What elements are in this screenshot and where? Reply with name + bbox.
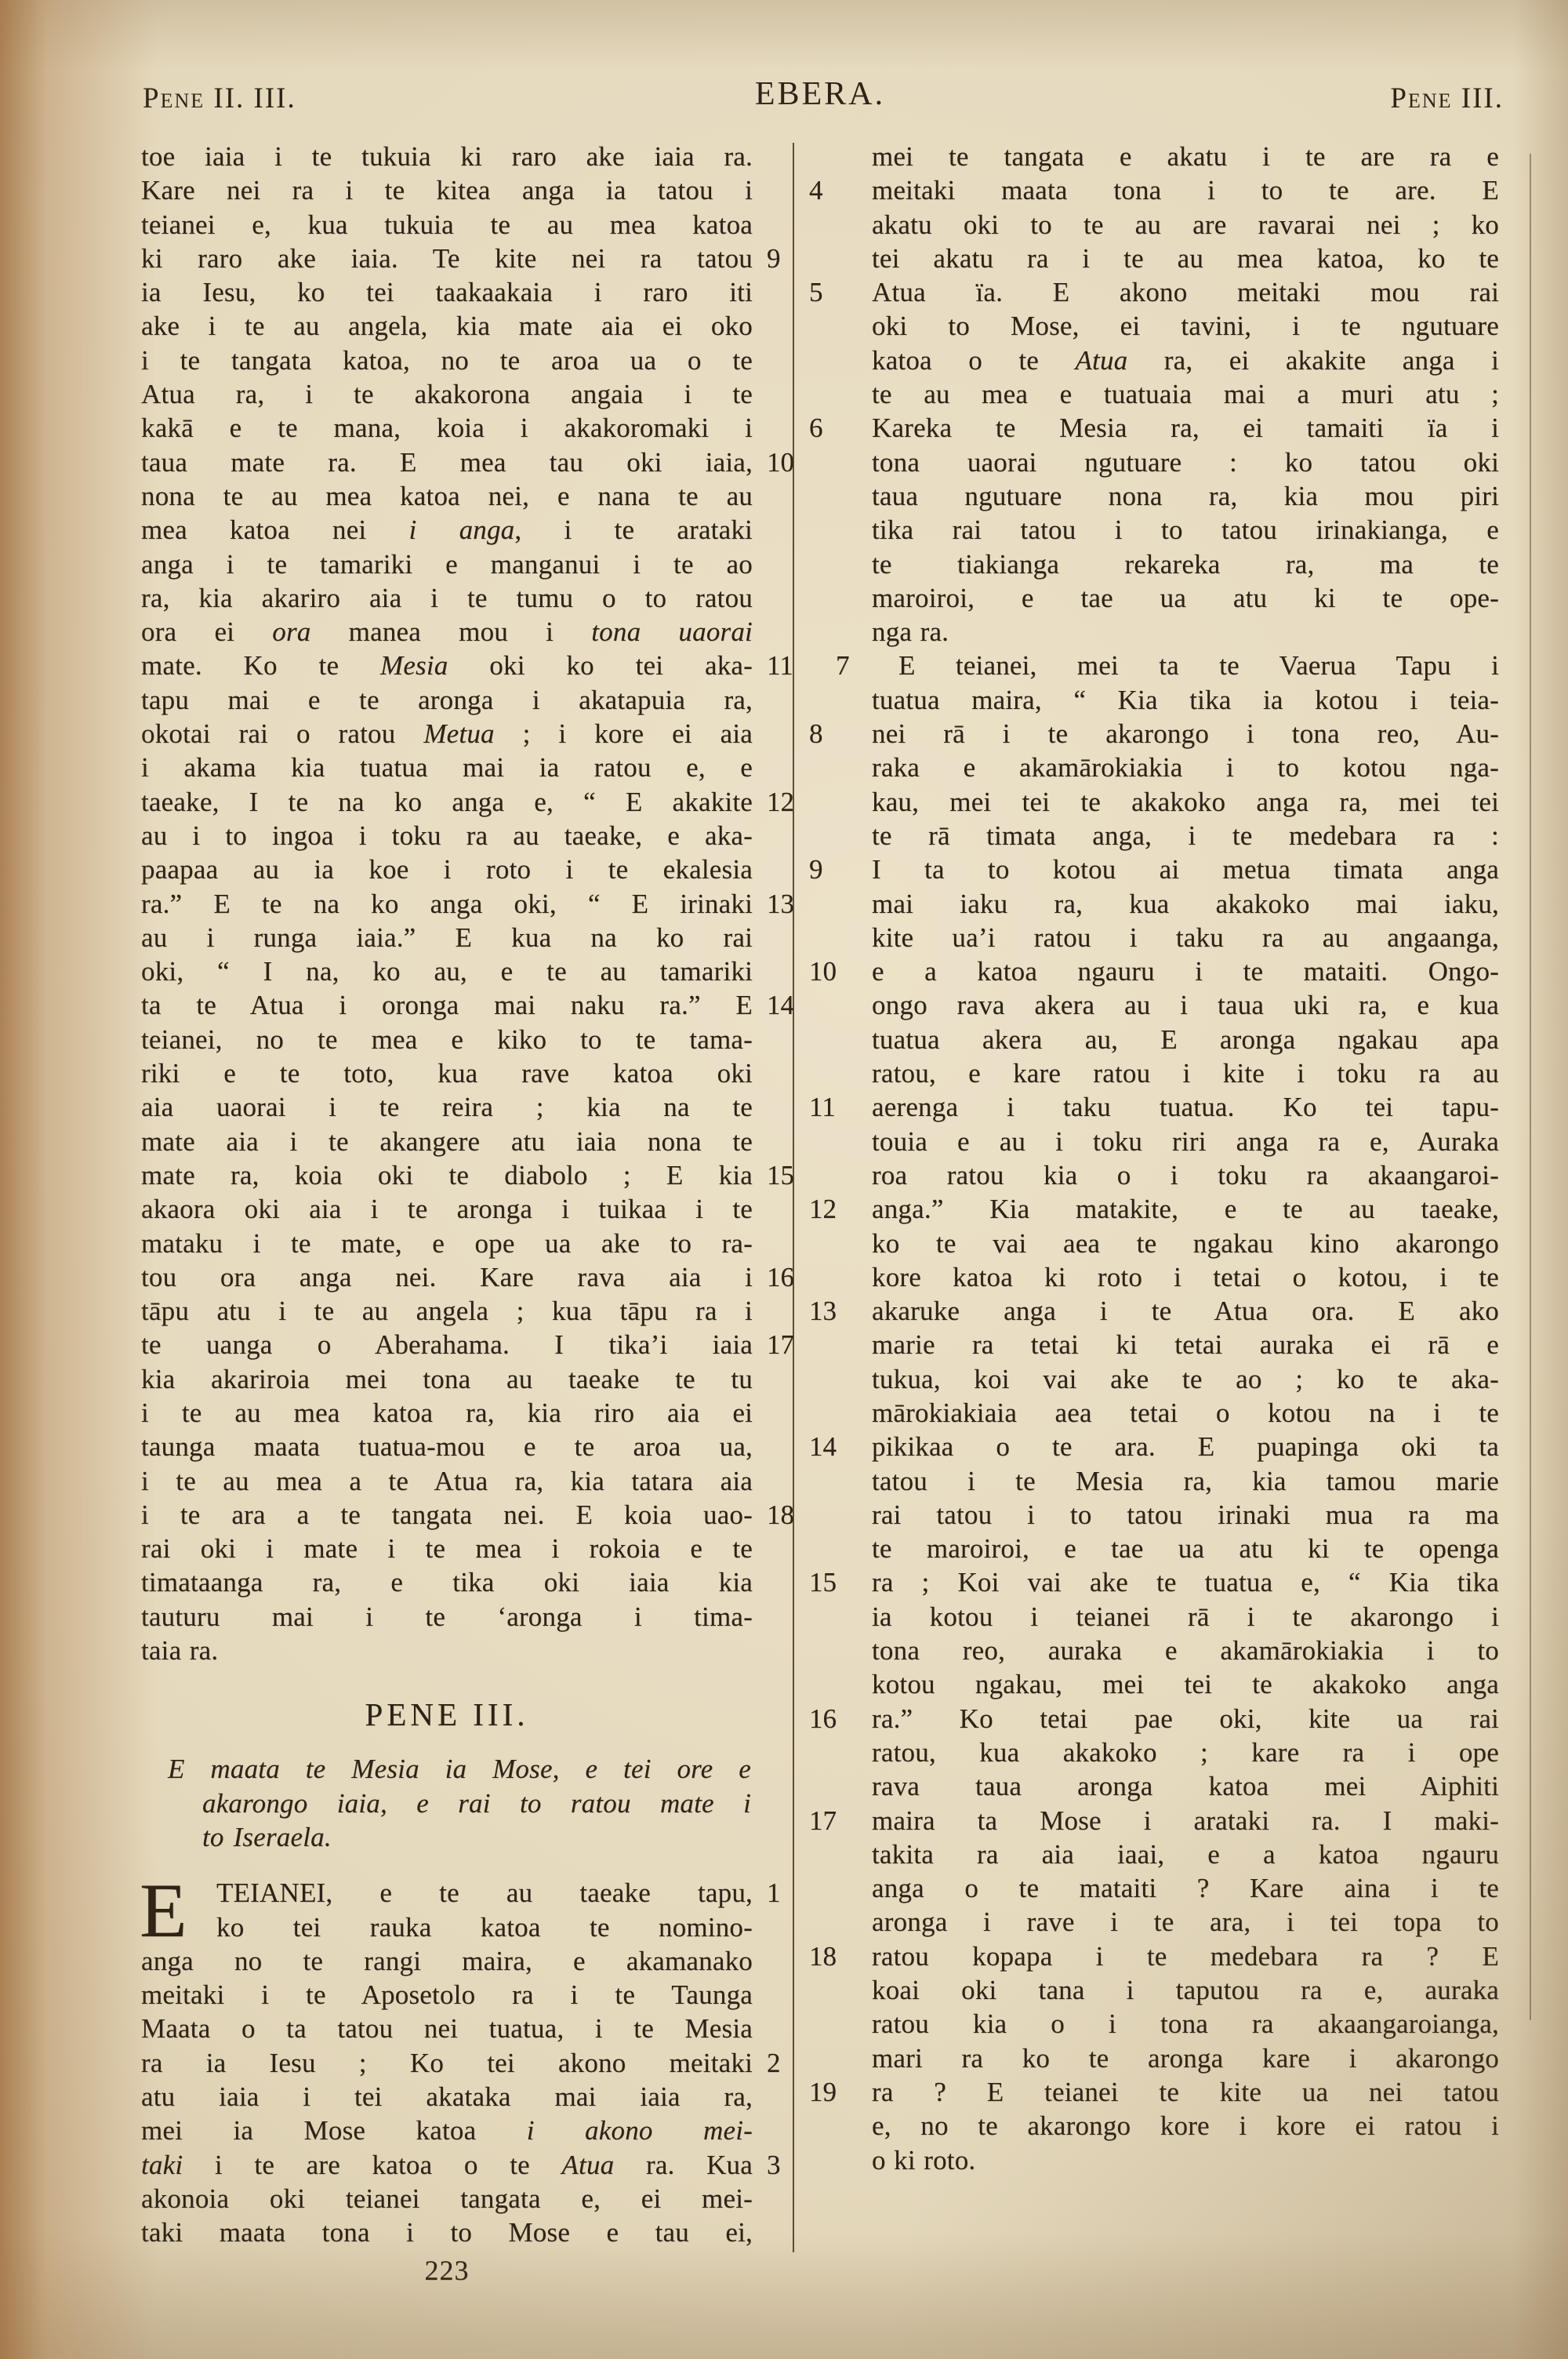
text: TEIANEI, e te au taeake tapu, (216, 1877, 753, 1908)
text-line: to Iseraela. (168, 1820, 751, 1854)
text-line: roa ratou kia o i toku ra akaangaroi- (872, 1158, 1499, 1192)
text: pikikaa o te ara. E puapinga oki ta (872, 1431, 1499, 1462)
text-line: e, no te akarongo kore i kore ei ratou i (872, 2109, 1499, 2143)
text: te tiakianga rekareka ra, ma te (872, 549, 1499, 580)
text: ra ; Koi vai ake te tuatua e, “ Kia tika (872, 1567, 1499, 1598)
running-header: Pene II. III. EBERA. Pene III. (0, 0, 1568, 125)
text-line: tika rai tatou i to tatou irinakianga, e (872, 513, 1499, 547)
text: , i te arataki (514, 514, 753, 545)
text: taia ra. (141, 1635, 218, 1666)
text-line: ko te vai aea te ngakau kino akarongo (872, 1227, 1499, 1260)
text: taua mate ra. E mea tau oki iaia, (141, 447, 753, 478)
text: anga.” Kia matakite, e te au taeake, (872, 1194, 1499, 1224)
text-line: ko tei rauka katoa te nomino- (141, 1910, 753, 1944)
italic-text: Metua (423, 718, 494, 749)
text: okotai rai o ratou (141, 718, 423, 749)
text: Atua ra, i te akakorona angaia i te (141, 379, 753, 409)
text: takita ra aia iaai, e a katoa ngauru (872, 1839, 1499, 1870)
text: tou ora anga nei. Kare rava aia i (141, 1262, 753, 1292)
text-line: o ki roto. (872, 2143, 1499, 2177)
text-line: i akama kia tuatua mai ia ratou e, e (141, 751, 753, 784)
text: raka e akamārokiakia i to kotou nga- (872, 752, 1499, 783)
text: Atua ïa. E akono meitaki mou rai (872, 277, 1499, 307)
text: taunga maata tuatua-mou e te aroa ua, (141, 1431, 753, 1462)
verse-number: 3 (767, 2148, 823, 2182)
verse-number: 12 (809, 1192, 859, 1226)
text: ratou kia o i tona ra akaangaroianga, (872, 2008, 1499, 2039)
text-line: tona uaorai ngutuare : ko tatou oki (872, 445, 1499, 479)
text: i te are katoa o te (183, 2150, 561, 2180)
running-head-right: Pene III. (1366, 82, 1504, 115)
text-line: mari ra ko te aronga kare i akarongo (872, 2041, 1499, 2075)
verse-number: 5 (809, 275, 859, 309)
text-line: touia e au i toku riri anga ra e, Auraka (872, 1125, 1499, 1158)
chapter-summary: E maata te Mesia ia Mose, e tei ore eaka… (168, 1752, 751, 1854)
text: tāpu atu i te au angela ; kua tāpu ra i (141, 1296, 753, 1326)
text-line: rai oki i mate i te mea i rokoia e te (141, 1532, 753, 1565)
text: ora ei (141, 616, 272, 647)
text-line: ra ; Koi vai ake te tuatua e, “ Kia tika… (872, 1565, 1499, 1599)
text: rai oki i mate i te mea i rokoia e te (141, 1533, 753, 1564)
text-line: tukua, koi vai ake te ao ; ko te aka- (872, 1362, 1499, 1396)
text-line: rava taua aronga katoa mei Aiphiti (872, 1769, 1499, 1803)
text-line: takita ra aia iaai, e a katoa ngauru (872, 1837, 1499, 1871)
text-line: tuatua akera au, E aronga ngakau apa (872, 1023, 1499, 1056)
text: taua ngutuare nona ra, kia mou piri (872, 481, 1499, 511)
text-line: atu iaia i tei akataka mai iaia ra, (141, 2080, 753, 2114)
italic-text: Atua (561, 2150, 614, 2180)
text: mataku i te mate, e ope ua ake to ra- (141, 1228, 753, 1259)
verse-number: 15 (767, 1158, 823, 1192)
text-line: akaora oki aia i te aronga i tuikaa i te (141, 1192, 753, 1226)
text: riki e te toto, kua rave katoa oki (141, 1058, 753, 1089)
text: nga ra. (872, 616, 949, 647)
text: kotou ngakau, mei tei te akakoko anga (872, 1669, 1499, 1699)
text-line: maira ta Mose i arataki ra. I maki-17 (872, 1804, 1499, 1837)
verse-number: 13 (767, 887, 823, 921)
text: taeake, I te na ko anga e, “ E akakite (141, 787, 753, 817)
text: E maata te Mesia ia Mose, e tei ore e (168, 1754, 751, 1784)
text-line: rai tatou i to tatou irinaki mua ra ma (872, 1498, 1499, 1532)
text: ra. Kua (614, 2150, 753, 2180)
right-column: mei te tangata e akatu i te are ra emeit… (872, 140, 1499, 2177)
text: teianei, no te mea e kiko to te tama- (141, 1024, 753, 1055)
text-line: ratou, kua akakoko ; kare ra i ope (872, 1736, 1499, 1769)
text-line: ongo rava akera au i taua uki ra, e kua (872, 988, 1499, 1022)
italic-text: taki (141, 2150, 183, 2180)
text: ratou, e kare ratou i kite i toku ra au (872, 1058, 1499, 1089)
text: mea katoa nei (141, 514, 409, 545)
text-line: Atua ïa. E akono meitaki mou rai5 (872, 275, 1499, 309)
text: ra, kia akariro aia i te tumu o to ratou (141, 583, 753, 613)
text: te maroiroi, e tae ua atu ki te openga (872, 1533, 1499, 1564)
text-line: okotai rai o ratou Metua ; i kore ei aia (141, 717, 753, 751)
text: anga o te mataiti ? Kare aina i te (872, 1873, 1499, 1903)
text: te rā timata anga, i te medebara ra : (872, 820, 1499, 851)
text: tukua, koi vai ake te ao ; ko te aka- (872, 1364, 1499, 1394)
left-column-text: toe iaia i te tukuia ki raro ake iaia ra… (141, 140, 753, 1667)
text: E teianei, mei ta te Vaerua Tapu i (898, 650, 1499, 681)
verse-number: 18 (809, 1939, 859, 1973)
text-line: i te ara a te tangata nei. E koia uao-18 (141, 1498, 753, 1532)
text: to Iseraela. (202, 1822, 332, 1852)
text-line: kore katoa ki roto i tetai o kotou, i te (872, 1260, 1499, 1294)
text: tona reo, auraka e akamārokiakia i to (872, 1635, 1499, 1666)
text: nona te au mea katoa nei, e nana te au (141, 481, 753, 511)
verse-number: 19 (809, 2075, 859, 2109)
text-line: mate. Ko te Mesia oki ko tei aka-11 (141, 649, 753, 682)
text: ongo rava akera au i taua uki ra, e kua (872, 990, 1499, 1020)
text: ratou kopapa i te medebara ra ? E (872, 1941, 1499, 1972)
text: tatou i te Mesia ra, kia tamou marie (872, 1466, 1499, 1496)
text: i te au mea a te Atua ra, kia tatara aia (141, 1466, 753, 1496)
text: akatu oki to te au are ravarai nei ; ko (872, 209, 1499, 240)
text: mari ra ko te aronga kare i akarongo (872, 2043, 1499, 2074)
text-line: tuatua maira, “ Kia tika ia kotou i teia… (872, 683, 1499, 717)
text-line: anga no te rangi maira, e akamanako (141, 1944, 753, 1978)
italic-text: tona uaorai (591, 616, 753, 647)
text: ko te vai aea te ngakau kino akarongo (872, 1228, 1499, 1259)
text-line: ta te Atua i oronga mai naku ra.” E14 (141, 988, 753, 1022)
text-line: ra, kia akariro aia i te tumu o to ratou (141, 581, 753, 615)
text: Maata o ta tatou nei tuatua, i te Mesia (141, 2013, 753, 2044)
text: e, no te akarongo kore i kore ei ratou i (872, 2110, 1499, 2141)
text-line: kite ua’i ratou i taku ra au angaanga, (872, 921, 1499, 954)
text: ta te Atua i oronga mai naku ra.” E (141, 990, 753, 1020)
text-line: akaruke anga i te Atua ora. E ako13 (872, 1294, 1499, 1328)
text: mārokiakiaia aea tetai o kotou na i te (872, 1398, 1499, 1428)
text-line: E teianei, mei ta te Vaerua Tapu i7 (872, 649, 1499, 682)
chapter-heading: PENE III. (141, 1696, 753, 1733)
text-line: mataku i te mate, e ope ua ake to ra- (141, 1227, 753, 1260)
text: rai tatou i to tatou irinaki mua ra ma (872, 1499, 1499, 1530)
text: touia e au i toku riri anga ra e, Auraka (872, 1126, 1499, 1157)
text: marie ra tetai ki tetai auraka ei rā e (872, 1329, 1499, 1360)
verse-number: 10 (767, 445, 823, 479)
verse-number: 7 (809, 649, 859, 682)
verse-number: 14 (767, 988, 823, 1022)
left-column: toe iaia i te tukuia ki raro ake iaia ra… (141, 140, 753, 2250)
text-line: ratou, e kare ratou i kite i toku ra au (872, 1056, 1499, 1090)
italic-text: Mesia (380, 650, 448, 681)
text: mei te tangata e akatu i te are ra e (872, 141, 1499, 172)
text: mate ra, koia oki te diabolo ; E kia (141, 1160, 753, 1190)
text-line: mei te tangata e akatu i te are ra e (872, 140, 1499, 173)
text-line: E maata te Mesia ia Mose, e tei ore e (168, 1752, 751, 1786)
text-line: au i to ingoa i toku ra au taeake, e aka… (141, 819, 753, 852)
verse-number: 11 (809, 1090, 859, 1124)
text-line: ia Iesu, ko tei taakaakaia i raro iti (141, 275, 753, 309)
text-line: tāpu atu i te au angela ; kua tāpu ra i (141, 1294, 753, 1328)
text-line: tona reo, auraka e akamārokiakia i to (872, 1634, 1499, 1667)
chapter-opening-lines: TEIANEI, e te au taeake tapu,1ko tei rau… (141, 1876, 753, 2249)
text: mai iaku ra, kua akakoko mai iaku, (872, 889, 1499, 919)
text-line: nga ra. (872, 615, 1499, 649)
text: tei akatu ra i te au mea katoa, ko te (872, 243, 1499, 274)
text-line: aronga i rave i te ara, i tei topa to (872, 1905, 1499, 1939)
text: ko tei rauka katoa te nomino- (216, 1912, 753, 1943)
text-line: toe iaia i te tukuia ki raro ake iaia ra… (141, 140, 753, 173)
text: maira ta Mose i arataki ra. I maki- (872, 1805, 1499, 1836)
text-line: te au mea e tuatuaia mai a muri atu ; (872, 377, 1499, 411)
verse-number: 18 (767, 1498, 823, 1532)
text: i akama kia tuatua mai ia ratou e, e (141, 752, 753, 783)
text: akaora oki aia i te aronga i tuikaa i te (141, 1194, 753, 1224)
text-line: nei rā i te akarongo i tona reo, Au-8 (872, 717, 1499, 751)
text-line: kia akariroia mei tona au taeake te tu (141, 1362, 753, 1396)
text: meitaki maata tona i to te are. E (872, 175, 1499, 205)
text-line: ra ia Iesu ; Ko tei akono meitaki2 (141, 2046, 753, 2080)
text: kite ua’i ratou i taku ra au angaanga, (872, 922, 1499, 953)
text-line: akarongo iaia, e rai to ratou mate i (168, 1787, 751, 1820)
text: tuatua maira, “ Kia tika ia kotou i teia… (872, 685, 1499, 715)
text: roa ratou kia o i toku ra akaangaroi- (872, 1160, 1499, 1190)
text: kakā e te mana, koia i akakoromaki i (141, 413, 753, 443)
verse-number: 13 (809, 1294, 859, 1328)
text-line: Atua ra, i te akakorona angaia i te (141, 377, 753, 411)
text: ki raro ake iaia. Te kite nei ra tatou (141, 243, 753, 274)
text: nei rā i te akarongo i tona reo, Au- (872, 718, 1499, 749)
text-line: taua ngutuare nona ra, kia mou piri (872, 479, 1499, 513)
text: atu iaia i tei akataka mai iaia ra, (141, 2081, 753, 2112)
text-line: anga.” Kia matakite, e te au taeake,12 (872, 1192, 1499, 1226)
text: ra ? E teianei te kite ua nei tatou (872, 2077, 1499, 2107)
text-line: i te au mea a te Atua ra, kia tatara aia (141, 1464, 753, 1498)
text-line: tapu mai e te aronga i akatapuia ra, (141, 683, 753, 717)
text-line: kotou ngakau, mei tei te akakoko anga (872, 1667, 1499, 1701)
text-line: kau, mei tei te akakoko anga ra, mei tei (872, 785, 1499, 819)
text-line: te maroiroi, e tae ua atu ki te openga (872, 1532, 1499, 1565)
text-line: ora ei ora manea mou i tona uaorai (141, 615, 753, 649)
text-line: ra.” E te na ko anga oki, “ E irinaki13 (141, 887, 753, 921)
italic-text: ora (272, 616, 310, 647)
text-line: tatou i te Mesia ra, kia tamou marie (872, 1464, 1499, 1498)
text-line: Maata o ta tatou nei tuatua, i te Mesia (141, 2012, 753, 2045)
text-line: tauturu mai i te ‘aronga i tima- (141, 1600, 753, 1634)
text-line: taeake, I te na ko anga e, “ E akakite12 (141, 785, 753, 819)
text: rava taua aronga katoa mei Aiphiti (872, 1771, 1499, 1801)
text-line: mate aia i te akangere atu iaia nona te (141, 1125, 753, 1158)
text-line: ia kotou i teianei rā i te akarongo i (872, 1600, 1499, 1634)
text-line: ake i te au angela, kia mate aia ei oko (141, 309, 753, 343)
text: ; i kore ei aia (495, 718, 753, 749)
text: au i runga iaia.” E kua na ko rai (141, 922, 753, 953)
text-line: riki e te toto, kua rave katoa oki (141, 1056, 753, 1090)
text-line: meitaki i te Aposetolo ra i te Taunga (141, 1978, 753, 2012)
text: i te au mea katoa ra, kia riro aia ei (141, 1398, 753, 1428)
text: anga i te tamariki e manganui i te ao (141, 549, 753, 580)
verse-number: 16 (767, 1260, 823, 1294)
text: ra ia Iesu ; Ko tei akono meitaki (141, 2048, 753, 2078)
verse-number: 6 (809, 411, 859, 445)
text: manea mou i (311, 616, 592, 647)
text: ratou, kua akakoko ; kare ra i ope (872, 1737, 1499, 1768)
verse-number: 17 (767, 1328, 823, 1361)
italic-text: Atua (1075, 345, 1127, 376)
text-line: e a katoa ngauru i te mataiti. Ongo-10 (872, 954, 1499, 988)
text-line: raka e akamārokiakia i to kotou nga- (872, 751, 1499, 784)
text-line: taki maata tona i to Mose e tau ei, (141, 2215, 753, 2249)
text: I ta to kotou ai metua timata anga (872, 854, 1499, 885)
text: ra, ei akakite anga i (1127, 345, 1499, 376)
text-line: ra.” Ko tetai pae oki, kite ua rai16 (872, 1702, 1499, 1736)
verse-number: 8 (809, 717, 859, 751)
text-line: teianei e, kua tukuia te au mea katoa (141, 208, 753, 242)
verse-number: 10 (809, 954, 859, 988)
text: toe iaia i te tukuia ki raro ake iaia ra… (141, 141, 753, 172)
text-line: tei akatu ra i te au mea katoa, ko te (872, 242, 1499, 275)
text: katoa o te (872, 345, 1075, 376)
text: akarongo iaia, e rai to ratou mate i (202, 1788, 751, 1819)
text: timataanga ra, e tika oki iaia kia (141, 1567, 753, 1598)
text: taki maata tona i to Mose e tau ei, (141, 2217, 753, 2248)
text-line: au i runga iaia.” E kua na ko rai (141, 921, 753, 954)
text-line: kakā e te mana, koia i akakoromaki i (141, 411, 753, 445)
text-line: teianei, no te mea e kiko to te tama- (141, 1023, 753, 1056)
text-line: te tiakianga rekareka ra, ma te (872, 547, 1499, 581)
text-line: timataanga ra, e tika oki iaia kia (141, 1565, 753, 1599)
text-line: i te au mea katoa ra, kia riro aia ei (141, 1396, 753, 1430)
text-line: oki, “ I na, ko au, e te au tamariki (141, 954, 753, 988)
text-line: te rā timata anga, i te medebara ra : (872, 819, 1499, 852)
page-number: 223 (141, 2254, 753, 2287)
italic-text: i anga (409, 514, 515, 545)
text-line: I ta to kotou ai metua timata anga9 (872, 852, 1499, 886)
text: Kareka te Mesia ra, ei tamaiti ïa i (872, 413, 1499, 443)
text-line: aia uaorai i te reira ; kia na te (141, 1090, 753, 1124)
text-line: i te tangata katoa, no te aroa ua o te (141, 343, 753, 377)
text-line: akonoia oki teianei tangata e, ei mei- (141, 2182, 753, 2215)
right-column-text: mei te tangata e akatu i te are ra emeit… (872, 140, 1499, 2177)
text-line: mārokiakiaia aea tetai o kotou na i te (872, 1396, 1499, 1430)
text: i te tangata katoa, no te aroa ua o te (141, 345, 753, 376)
text: te au mea e tuatuaia mai a muri atu ; (872, 379, 1499, 409)
text-line: anga o te mataiti ? Kare aina i te (872, 1871, 1499, 1905)
text-line: mai iaku ra, kua akakoko mai iaku, (872, 887, 1499, 921)
text: tika rai tatou i to tatou irinakianga, e (872, 514, 1499, 545)
text-line: akatu oki to te au are ravarai nei ; ko (872, 208, 1499, 242)
column-divider-rule (793, 143, 794, 2252)
text: aia uaorai i te reira ; kia na te (141, 1092, 753, 1122)
text: ake i te au angela, kia mate aia ei oko (141, 311, 753, 341)
text-line: oki to Mose, ei tavini, i te ngutuare (872, 309, 1499, 343)
text: ia kotou i teianei rā i te akarongo i (872, 1601, 1499, 1632)
text: i te ara a te tangata nei. E koia uao- (141, 1499, 753, 1530)
text: te uanga o Aberahama. I tika’i iaia (141, 1329, 753, 1360)
text: maroiroi, e tae ua atu ki te ope- (872, 583, 1499, 613)
verse-number: 9 (809, 852, 859, 886)
chapter-opening-paragraph: E TEIANEI, e te au taeake tapu,1ko tei r… (141, 1876, 753, 2249)
verse-number: 9 (767, 242, 823, 275)
text: au i to ingoa i toku ra au taeake, e aka… (141, 820, 753, 851)
text: aerenga i taku tuatua. Ko tei tapu- (872, 1092, 1499, 1122)
text-line: pikikaa o te ara. E puapinga oki ta14 (872, 1430, 1499, 1463)
text-line: Kare nei ra i te kitea anga ia tatou i (141, 173, 753, 207)
text-line: nona te au mea katoa nei, e nana te au (141, 479, 753, 513)
text: paapaa au ia koe i roto i te ekalesia (141, 854, 753, 885)
text: tuatua akera au, E aronga ngakau apa (872, 1024, 1499, 1055)
text-line: marie ra tetai ki tetai auraka ei rā e (872, 1328, 1499, 1361)
text-line: anga i te tamariki e manganui i te ao (141, 547, 753, 581)
text-line: meitaki maata tona i to te are. E4 (872, 173, 1499, 207)
text: anga no te rangi maira, e akamanako (141, 1946, 753, 1976)
text-line: mate ra, koia oki te diabolo ; E kia15 (141, 1158, 753, 1192)
text: kia akariroia mei tona au taeake te tu (141, 1364, 753, 1394)
text-line: mea katoa nei i anga, i te arataki (141, 513, 753, 547)
page-edge-line (1530, 154, 1531, 2020)
text: oki, “ I na, ko au, e te au tamariki (141, 956, 753, 987)
text: kau, mei tei te akakoko anga ra, mei tei (872, 787, 1499, 817)
text: oki to Mose, ei tavini, i te ngutuare (872, 311, 1499, 341)
verse-number: 14 (809, 1430, 859, 1463)
text-line: ratou kia o i tona ra akaangaroianga, (872, 2007, 1499, 2041)
text: meitaki i te Aposetolo ra i te Taunga (141, 1979, 753, 2010)
text: koai oki tana i taputou ra e, auraka (872, 1975, 1499, 2005)
text-line: te uanga o Aberahama. I tika’i iaia17 (141, 1328, 753, 1361)
text-line: taunga maata tuatua-mou e te aroa ua, (141, 1430, 753, 1463)
text-line: mei ia Mose katoa i akono mei- (141, 2114, 753, 2147)
text: tona uaorai ngutuare : ko tatou oki (872, 447, 1499, 478)
verse-number: 4 (809, 173, 859, 207)
text: Kare nei ra i te kitea anga ia tatou i (141, 175, 753, 205)
verse-number: 12 (767, 785, 823, 819)
text: oki ko tei aka- (448, 650, 753, 681)
text-line: ra ? E teianei te kite ua nei tatou19 (872, 2075, 1499, 2109)
text: akaruke anga i te Atua ora. E ako (872, 1296, 1499, 1326)
running-head-title: EBERA. (0, 75, 1568, 113)
text-line: taki i te are katoa o te Atua ra. Kua3 (141, 2148, 753, 2182)
italic-text: i akono mei- (527, 2115, 753, 2146)
verse-number: 1 (767, 1876, 823, 1910)
verse-number: 17 (809, 1804, 859, 1837)
text: mate aia i te akangere atu iaia nona te (141, 1126, 753, 1157)
verse-number: 16 (809, 1702, 859, 1736)
text: kore katoa ki roto i tetai o kotou, i te (872, 1262, 1499, 1292)
text: ia Iesu, ko tei taakaakaia i raro iti (141, 277, 753, 307)
text-line: paapaa au ia koe i roto i te ekalesia (141, 852, 753, 886)
text: tapu mai e te aronga i akatapuia ra, (141, 685, 753, 715)
text: ra.” Ko tetai pae oki, kite ua rai (872, 1703, 1499, 1734)
text-line: Kareka te Mesia ra, ei tamaiti ïa i6 (872, 411, 1499, 445)
text-line: aerenga i taku tuatua. Ko tei tapu-11 (872, 1090, 1499, 1124)
text: tauturu mai i te ‘aronga i tima- (141, 1601, 753, 1632)
text: mei ia Mose katoa (141, 2115, 527, 2146)
text-line: taia ra. (141, 1634, 753, 1667)
text: akonoia oki teianei tangata e, ei mei- (141, 2183, 753, 2214)
text: mate. Ko te (141, 650, 380, 681)
text: teianei e, kua tukuia te au mea katoa (141, 209, 753, 240)
text-line: ratou kopapa i te medebara ra ? E18 (872, 1939, 1499, 1973)
text-line: maroiroi, e tae ua atu ki te ope- (872, 581, 1499, 615)
text-line: ki raro ake iaia. Te kite nei ra tatou9 (141, 242, 753, 275)
text-line: TEIANEI, e te au taeake tapu,1 (141, 1876, 753, 1910)
text-line: taua mate ra. E mea tau oki iaia,10 (141, 445, 753, 479)
text-line: katoa o te Atua ra, ei akakite anga i (872, 343, 1499, 377)
text: aronga i rave i te ara, i tei topa to (872, 1906, 1499, 1937)
text: o ki roto. (872, 2145, 975, 2175)
text: e a katoa ngauru i te mataiti. Ongo- (872, 956, 1499, 987)
text: ra.” E te na ko anga oki, “ E irinaki (141, 889, 753, 919)
book-page: Pene II. III. EBERA. Pene III. toe iaia … (0, 0, 1568, 2359)
verse-number: 15 (809, 1565, 859, 1599)
text-line: koai oki tana i taputou ra e, auraka (872, 1973, 1499, 2007)
text-line: tou ora anga nei. Kare rava aia i16 (141, 1260, 753, 1294)
